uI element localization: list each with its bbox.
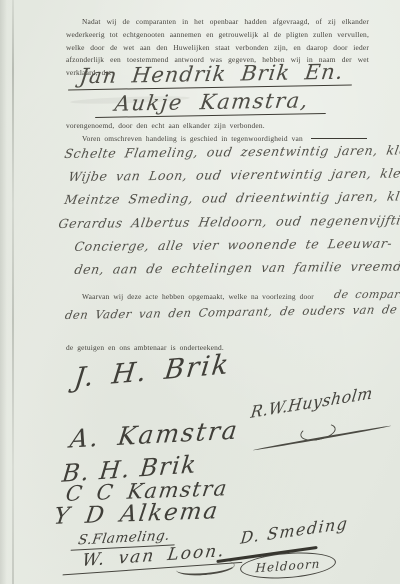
witness-line-5: Concierge, alle vier woonende te Leeuwar… [62, 235, 396, 262]
signature-d-smeding: D. Smeding [240, 513, 350, 548]
scan-edge-shadow [0, 0, 7, 584]
witness-line-6: den, aan de echtelingen van familie vree… [62, 258, 396, 285]
closing-handwritten-line: den Vader van den Comparant, de ouders v… [64, 302, 400, 322]
printed-closing-paragraph: Waarvan wij deze acte hebben opgemaakt, … [66, 290, 398, 304]
filler-rule-line [311, 137, 367, 139]
closing-printed-text: Waarvan wij deze acte hebben opgemaakt, … [82, 292, 314, 301]
signature-official: R.W.Huysholm [250, 383, 374, 422]
witness-intro-text: Voren omschreven handeling is geschied i… [82, 134, 303, 143]
handwritten-witness-block: Schelte Flameling, oud zesentwintig jare… [62, 146, 392, 285]
groom-name-line: Jan Hendrik Brik En. [62, 62, 362, 88]
closing-handwritten-inline: de comparanten, [317, 289, 400, 302]
witness-line-3: Meintze Smeding, oud drieentwintig jaren… [62, 189, 396, 216]
scanned-marriage-act-page: Nadat wij de comparanten in het openbaar… [0, 0, 400, 584]
witness-line-4: Gerardus Albertus Heldoorn, oud negenenv… [56, 212, 396, 239]
signature-bride-a-kamstra: A. Kamstra [68, 415, 240, 453]
signature-groom-jh-brik: J. H. Brik [72, 349, 232, 394]
paper-fold-line [12, 0, 14, 584]
bride-name: Aukje Kamstra, [95, 88, 328, 118]
groom-name: Jan Hendrik Brik En. [69, 60, 356, 91]
printed-line-vorengenoemd: vorengenoemd, door den echt aan elkander… [66, 120, 386, 133]
signature-yd-alkema: Y D Alkema [52, 498, 221, 530]
bride-name-line: Aukje Kamstra, [62, 90, 362, 116]
